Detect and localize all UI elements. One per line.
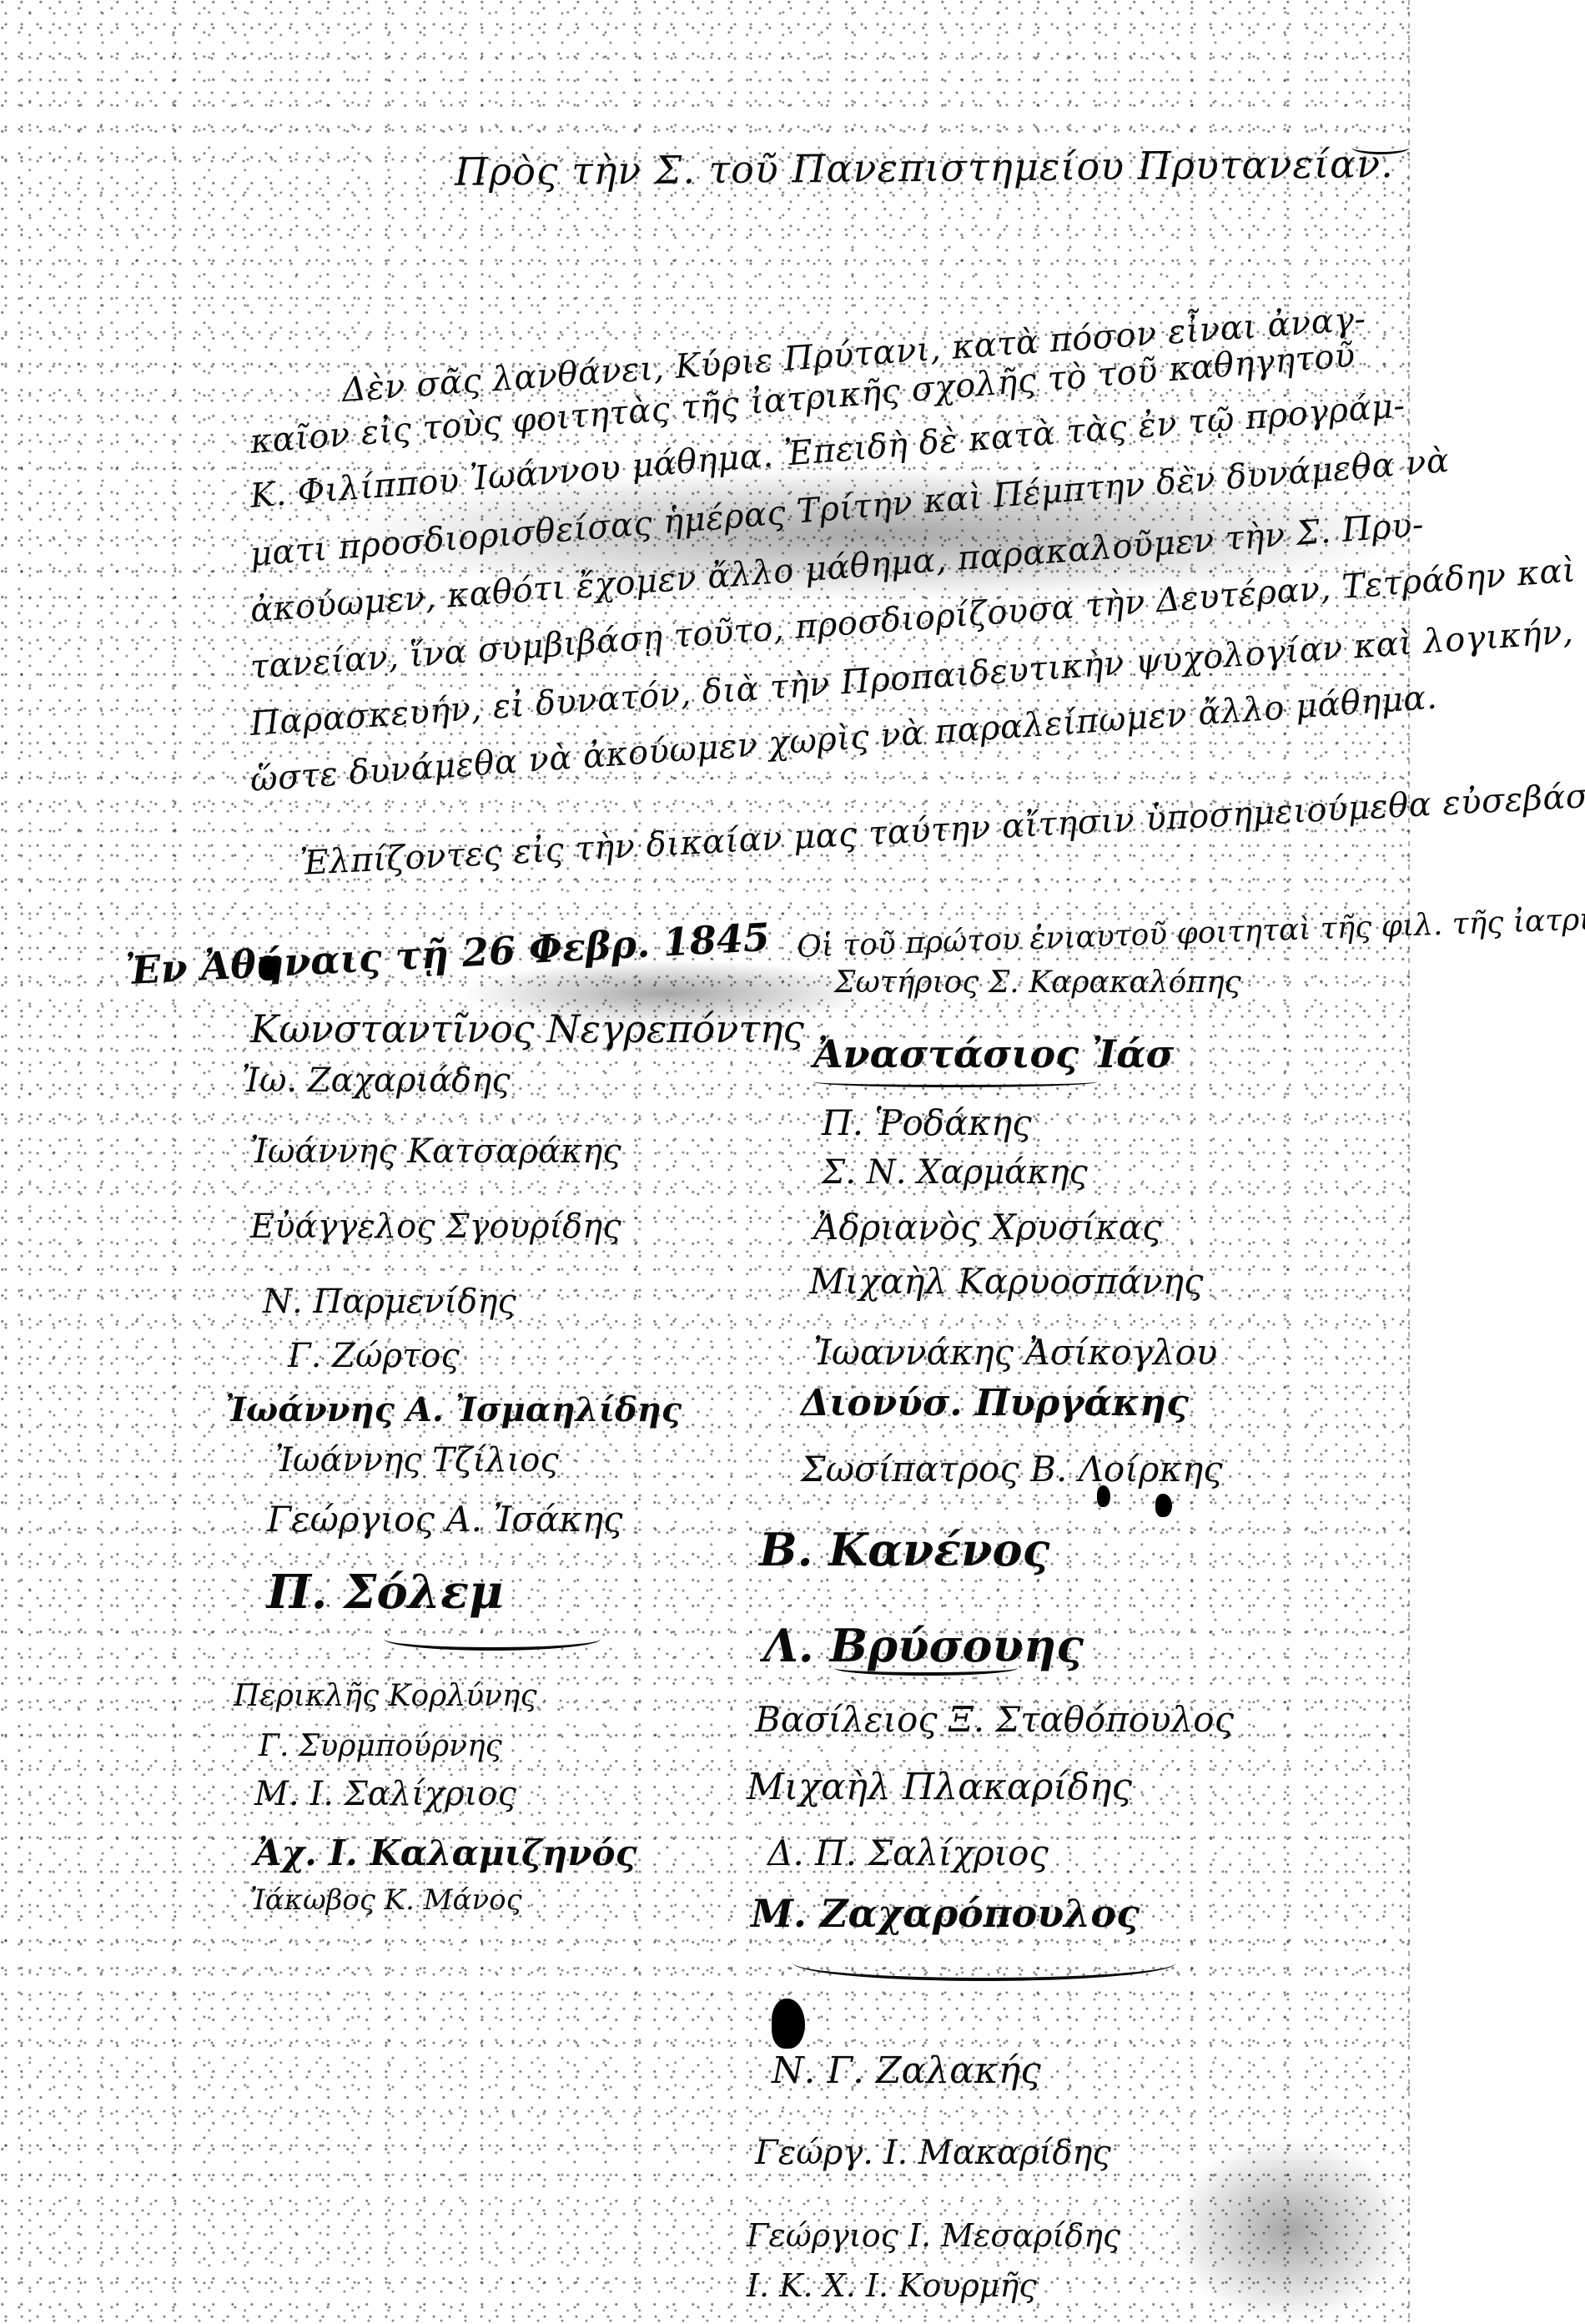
manuscript-page: Πρὸς τὴν Σ. τοῦ Πανεπιστημείου Πρυτανεία… (0, 0, 1410, 2324)
signature-flourish (792, 1944, 1176, 1981)
signature-flourish (834, 1661, 1018, 1676)
signature: Μιχαὴλ Πλακαρίδης (747, 1769, 1132, 1806)
signature: Ἀναστάσιος Ἰάσ (813, 1035, 1174, 1073)
signature: Μ. Ζαχαρόπουλος (751, 1894, 1140, 1933)
signature: Σωτήριος Σ. Καρακαλόπης (834, 968, 1241, 998)
address-line: Πρὸς τὴν Σ. τοῦ Πανεπιστημείου Πρυτανεία… (455, 144, 1394, 191)
signature: Εὐάγγελος Σγουρίδης (250, 1210, 621, 1243)
signature: Π. Ῥοδάκης (822, 1106, 1032, 1141)
ink-blot (772, 1999, 805, 2049)
signature: Γ. Συρμπούρνης (259, 1732, 502, 1762)
ink-blot (259, 955, 279, 981)
signature: Κωνσταντῖνος Νεγρεπόντης (250, 1010, 804, 1048)
signature: Σ. Ν. Χαρμάκης (822, 1156, 1088, 1189)
signature-flourish (384, 1627, 601, 1651)
signature: Σωσίπατρος Β. Λοίρκης (801, 1452, 1223, 1487)
smudge (334, 467, 1418, 601)
signature: Ἰωάννης Τζίλιος (275, 1444, 559, 1477)
address-flourish (1351, 140, 1410, 154)
signature: Μ. Ι. Σαλίχριος (254, 1777, 516, 1811)
signature: Β. Κανένος (759, 1527, 1049, 1572)
signature: Ἰω. Ζαχαριάδης (242, 1064, 511, 1097)
signature: Ν. Γ. Ζαλακής (772, 2053, 1041, 2090)
body-line: Ἐλπίζοντες εἰς τὴν δικαίαν μας ταύτην αἴ… (299, 776, 1585, 880)
signature: Ἰωάννης Α. Ἰσμαηλίδης (225, 1394, 682, 1427)
signature-flourish (813, 1076, 1097, 1087)
signature: Ι. Κ. Χ. Ι. Κουρμῆς (747, 2270, 1037, 2301)
signature: Ἰάκωβος Κ. Μάνος (250, 1886, 522, 1914)
signature: Ἀδριανὸς Χρυσίκας (813, 1210, 1162, 1245)
ink-blot (1097, 1485, 1110, 1507)
signature: Γ. Ζώρτος (288, 1339, 460, 1373)
signature: Βασίλειος Ξ. Σταθόπουλος (755, 1702, 1234, 1737)
signature: Διονύσ. Πυργάκης (801, 1385, 1189, 1422)
signature: Δ. Π. Σαλίχριος (767, 1836, 1049, 1871)
signature: Γεώργιος Ι. Μεσαρίδης (747, 2220, 1120, 2251)
signature: Ἰωάννης Κατσαράκης (250, 1135, 621, 1168)
signature: Γεώργιος Α. Ἰσάκης (267, 1502, 623, 1537)
committee-heading: Οἱ τοῦ πρώτου ἐνιαυτοῦ φοιτηταὶ τῆς φιλ.… (797, 903, 1585, 963)
signature: Π. Σόλεμ (267, 1569, 503, 1616)
signature: Ἰωαννάκης Ἀσίκογλου (813, 1335, 1217, 1370)
ink-blot (1155, 1494, 1172, 1517)
signature: Μιχαὴλ Καρυοσπάνης (809, 1264, 1204, 1299)
signature: Ν. Παρμενίδης (263, 1285, 516, 1318)
signature: Γεώργ. Ι. Μακαρίδης (755, 2136, 1111, 2170)
signature: Ἀχ. Ι. Καλαμιζηνός (254, 1836, 637, 1871)
signature: Περικλῆς Κορλύνης (234, 1681, 537, 1711)
smudge (1168, 2136, 1410, 2324)
